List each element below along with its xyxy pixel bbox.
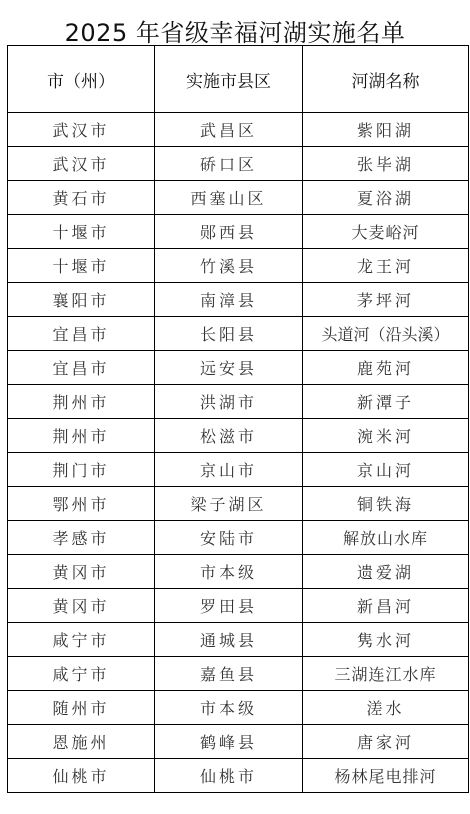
cell-river-lake-name: 紫阳湖 — [303, 113, 469, 147]
cell-city: 仙桃市 — [8, 759, 155, 793]
cell-district: 嘉鱼县 — [155, 657, 303, 691]
cell-district: 郧西县 — [155, 215, 303, 249]
cell-river-lake-name: 三湖连江水库 — [303, 657, 469, 691]
column-header-river-lake-name: 河湖名称 — [303, 46, 469, 113]
table-row: 宜昌市远安县鹿苑河 — [8, 351, 469, 385]
cell-river-lake-name: 茅坪河 — [303, 283, 469, 317]
table-row: 黄冈市市本级遗爱湖 — [8, 555, 469, 589]
cell-city: 恩施州 — [8, 725, 155, 759]
cell-river-lake-name: 溠水 — [303, 691, 469, 725]
cell-district: 市本级 — [155, 555, 303, 589]
cell-city: 荆门市 — [8, 453, 155, 487]
cell-city: 咸宁市 — [8, 623, 155, 657]
cell-district: 武昌区 — [155, 113, 303, 147]
table-body: 武汉市武昌区紫阳湖武汉市硚口区张毕湖黄石市西塞山区夏浴湖十堰市郧西县大麦峪河十堰… — [8, 113, 469, 793]
cell-district: 梁子湖区 — [155, 487, 303, 521]
cell-district: 仙桃市 — [155, 759, 303, 793]
cell-city: 随州市 — [8, 691, 155, 725]
cell-river-lake-name: 大麦峪河 — [303, 215, 469, 249]
cell-river-lake-name: 解放山水库 — [303, 521, 469, 555]
cell-city: 荆州市 — [8, 385, 155, 419]
table-row: 咸宁市通城县隽水河 — [8, 623, 469, 657]
cell-district: 长阳县 — [155, 317, 303, 351]
cell-city: 武汉市 — [8, 113, 155, 147]
cell-river-lake-name: 龙王河 — [303, 249, 469, 283]
river-lake-list-table: 市（州） 实施市县区 河湖名称 武汉市武昌区紫阳湖武汉市硚口区张毕湖黄石市西塞山… — [7, 45, 469, 793]
cell-river-lake-name: 杨林尾电排河 — [303, 759, 469, 793]
cell-river-lake-name: 唐家河 — [303, 725, 469, 759]
table-row: 鄂州市梁子湖区铜铁海 — [8, 487, 469, 521]
cell-city: 咸宁市 — [8, 657, 155, 691]
cell-city: 孝感市 — [8, 521, 155, 555]
cell-city: 十堰市 — [8, 249, 155, 283]
cell-district: 鹤峰县 — [155, 725, 303, 759]
cell-city: 黄石市 — [8, 181, 155, 215]
table-row: 荆门市京山市京山河 — [8, 453, 469, 487]
table-row: 十堰市郧西县大麦峪河 — [8, 215, 469, 249]
table-row: 荆州市洪湖市新潭子 — [8, 385, 469, 419]
cell-river-lake-name: 鹿苑河 — [303, 351, 469, 385]
cell-river-lake-name: 新昌河 — [303, 589, 469, 623]
table-row: 咸宁市嘉鱼县三湖连江水库 — [8, 657, 469, 691]
table-row: 随州市市本级溠水 — [8, 691, 469, 725]
cell-district: 竹溪县 — [155, 249, 303, 283]
header-row: 市（州） 实施市县区 河湖名称 — [8, 46, 469, 113]
cell-district: 通城县 — [155, 623, 303, 657]
table-row: 宜昌市长阳县头道河（沿头溪） — [8, 317, 469, 351]
cell-city: 黄冈市 — [8, 555, 155, 589]
table-row: 武汉市武昌区紫阳湖 — [8, 113, 469, 147]
table-row: 孝感市安陆市解放山水库 — [8, 521, 469, 555]
table-row: 黄石市西塞山区夏浴湖 — [8, 181, 469, 215]
table-row: 恩施州鹤峰县唐家河 — [8, 725, 469, 759]
cell-city: 武汉市 — [8, 147, 155, 181]
cell-city: 黄冈市 — [8, 589, 155, 623]
cell-river-lake-name: 遗爱湖 — [303, 555, 469, 589]
cell-river-lake-name: 张毕湖 — [303, 147, 469, 181]
cell-district: 市本级 — [155, 691, 303, 725]
cell-district: 罗田县 — [155, 589, 303, 623]
cell-city: 十堰市 — [8, 215, 155, 249]
column-header-district: 实施市县区 — [155, 46, 303, 113]
table-row: 仙桃市仙桃市杨林尾电排河 — [8, 759, 469, 793]
table-row: 十堰市竹溪县龙王河 — [8, 249, 469, 283]
table-row: 荆州市松滋市涴米河 — [8, 419, 469, 453]
cell-river-lake-name: 铜铁海 — [303, 487, 469, 521]
cell-city: 宜昌市 — [8, 317, 155, 351]
cell-river-lake-name: 涴米河 — [303, 419, 469, 453]
table-row: 武汉市硚口区张毕湖 — [8, 147, 469, 181]
cell-city: 宜昌市 — [8, 351, 155, 385]
table-row: 黄冈市罗田县新昌河 — [8, 589, 469, 623]
cell-district: 西塞山区 — [155, 181, 303, 215]
cell-city: 鄂州市 — [8, 487, 155, 521]
cell-district: 硚口区 — [155, 147, 303, 181]
cell-river-lake-name: 新潭子 — [303, 385, 469, 419]
cell-district: 远安县 — [155, 351, 303, 385]
cell-district: 洪湖市 — [155, 385, 303, 419]
cell-district: 松滋市 — [155, 419, 303, 453]
cell-city: 襄阳市 — [8, 283, 155, 317]
table-row: 襄阳市南漳县茅坪河 — [8, 283, 469, 317]
table-header: 市（州） 实施市县区 河湖名称 — [8, 46, 469, 113]
cell-district: 南漳县 — [155, 283, 303, 317]
cell-river-lake-name: 京山河 — [303, 453, 469, 487]
cell-river-lake-name: 头道河（沿头溪） — [303, 317, 469, 351]
cell-district: 安陆市 — [155, 521, 303, 555]
column-header-city: 市（州） — [8, 46, 155, 113]
cell-district: 京山市 — [155, 453, 303, 487]
cell-city: 荆州市 — [8, 419, 155, 453]
cell-river-lake-name: 隽水河 — [303, 623, 469, 657]
cell-river-lake-name: 夏浴湖 — [303, 181, 469, 215]
